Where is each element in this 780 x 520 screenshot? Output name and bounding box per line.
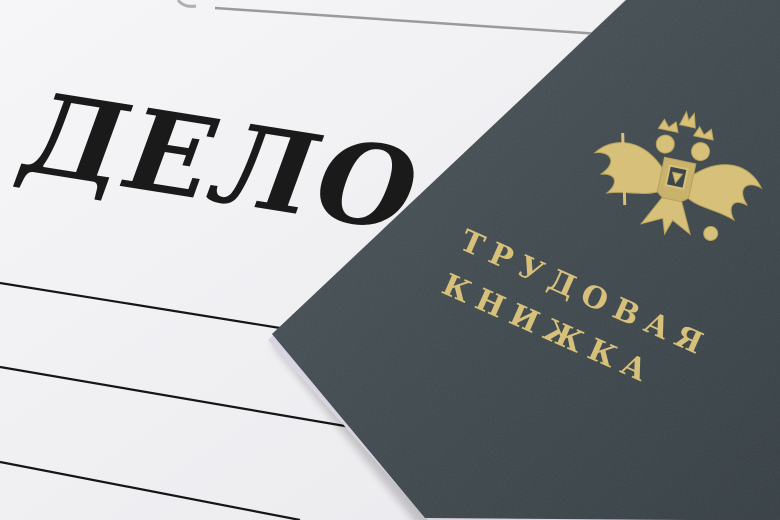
photo-scene: ДЕЛО № xyxy=(0,0,780,520)
scene-svg: ДЕЛО № xyxy=(0,0,780,520)
